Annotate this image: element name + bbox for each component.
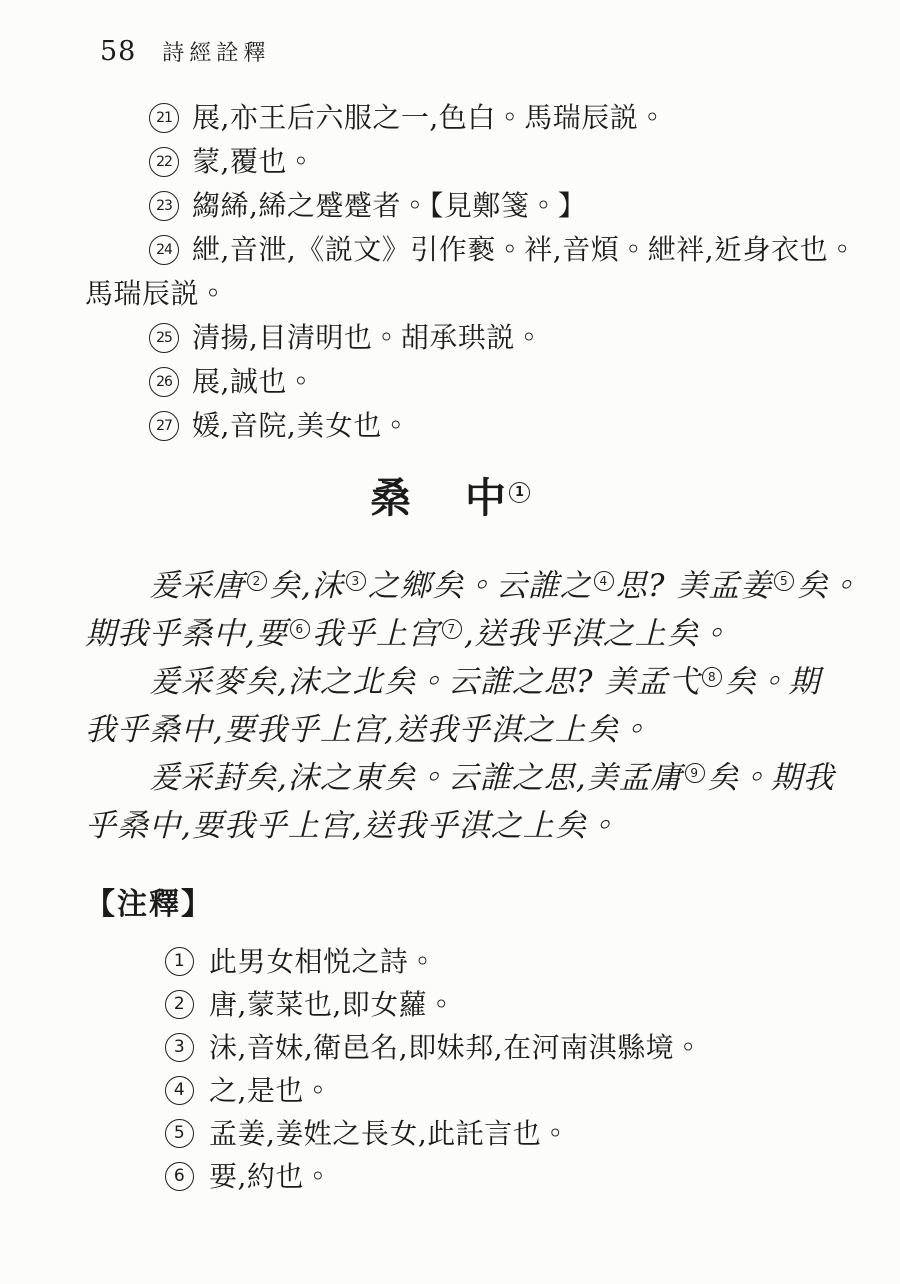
note-ref-4-icon: 4 — [594, 571, 614, 591]
annotation-item-3: 3 沬,音妹,衛邑名,即妹邦,在河南淇縣境。 — [85, 1026, 833, 1069]
note-number-21-icon: 21 — [149, 103, 179, 133]
poem-line-6: 乎桑中,要我乎上宫,送我乎淇之上矣。 — [85, 802, 833, 850]
note-item-24-continuation: 馬瑞辰説。 — [85, 272, 833, 316]
note-text: 清揚,目清明也。胡承珙説。 — [192, 316, 543, 360]
poem-text-run: 思? 美孟姜 — [616, 568, 772, 604]
note-text: 馬瑞辰説。 — [85, 272, 228, 316]
annotation-item-1: 1 此男女相悦之詩。 — [85, 940, 833, 983]
poem-line-3: 爰采麥矣,沬之北矣。云誰之思? 美孟弋8矣。期 — [85, 658, 833, 706]
annotation-item-4: 4 之,是也。 — [85, 1069, 833, 1112]
annotations-section: 【注釋】 1 此男女相悦之詩。 2 唐,蒙菜也,即女蘿。 3 沬,音妹,衛邑名,… — [85, 884, 833, 1198]
annotation-text: 孟姜,姜姓之長女,此託言也。 — [209, 1112, 570, 1155]
note-text: 展,亦王后六服之一,色白。馬瑞辰説。 — [192, 96, 667, 140]
poem-text-run: 矣。期我 — [707, 760, 835, 796]
note-number-26-icon: 26 — [149, 367, 179, 397]
poem-text-run: 之鄉矣。云誰之 — [368, 568, 592, 604]
annotation-text: 唐,蒙菜也,即女蘿。 — [209, 983, 456, 1026]
book-title: 詩經詮釋 — [162, 36, 270, 67]
note-ref-3-icon: 3 — [346, 571, 366, 591]
note-ref-1-icon: 1 — [509, 482, 530, 503]
poem-text-run: 矣,沬 — [269, 568, 344, 604]
poem-title: 桑中1 — [0, 472, 900, 524]
note-number-23-icon: 23 — [149, 191, 179, 221]
note-ref-5-icon: 5 — [774, 571, 794, 591]
poem-text-run: 矣。 — [796, 568, 860, 604]
note-item-24: 24 紲,音泄,《説文》引作褻。袢,音煩。紲袢,近身衣也。 — [85, 228, 833, 272]
note-text: 紲,音泄,《説文》引作褻。袢,音煩。紲袢,近身衣也。 — [192, 228, 857, 272]
note-item-22: 22 蒙,覆也。 — [85, 140, 833, 184]
note-ref-7-icon: 7 — [442, 619, 462, 639]
page-header: 58 詩經詮釋 — [100, 36, 270, 67]
note-ref-8-icon: 8 — [702, 667, 722, 687]
poem-title-word-1: 桑 — [370, 474, 411, 522]
note-item-27: 27 媛,音院,美女也。 — [85, 404, 833, 448]
poem-text-run: 爰采葑矣,沬之東矣。云誰之思,美孟庸 — [149, 760, 683, 796]
annotation-text: 之,是也。 — [209, 1069, 332, 1112]
annotation-item-5: 5 孟姜,姜姓之長女,此託言也。 — [85, 1112, 833, 1155]
note-text: 媛,音院,美女也。 — [192, 404, 410, 448]
scanned-book-page: 58 詩經詮釋 21 展,亦王后六服之一,色白。馬瑞辰説。 22 蒙,覆也。 2… — [0, 0, 900, 1284]
annotation-number-3-icon: 3 — [165, 1033, 194, 1062]
note-item-23: 23 縐絺,絺之蹙蹙者。【見鄭箋。】 — [85, 184, 833, 228]
poem-text-run: 矣。期 — [724, 664, 820, 700]
annotation-item-2: 2 唐,蒙菜也,即女蘿。 — [85, 983, 833, 1026]
annotation-number-2-icon: 2 — [165, 990, 194, 1019]
poem-text-run: ,送我乎淇之上矣。 — [464, 616, 731, 652]
annotation-number-5-icon: 5 — [165, 1119, 194, 1148]
poem-text-run: 乎桑中,要我乎上宫,送我乎淇之上矣。 — [85, 808, 619, 844]
note-text: 展,誠也。 — [192, 360, 315, 404]
note-ref-2-icon: 2 — [247, 571, 267, 591]
note-ref-6-icon: 6 — [290, 619, 310, 639]
poem-line-4: 我乎桑中,要我乎上宫,送我乎淇之上矣。 — [85, 706, 833, 754]
note-item-25: 25 清揚,目清明也。胡承珙説。 — [85, 316, 833, 360]
annotation-item-6: 6 要,約也。 — [85, 1155, 833, 1198]
note-number-25-icon: 25 — [149, 323, 179, 353]
annotation-number-1-icon: 1 — [165, 947, 194, 976]
poem-line-2: 期我乎桑中,要6我乎上宫7,送我乎淇之上矣。 — [85, 610, 833, 658]
annotations-header: 【注釋】 — [85, 884, 833, 926]
note-text: 縐絺,絺之蹙蹙者。【見鄭箋。】 — [192, 184, 586, 228]
poem-line-1: 爰采唐2矣,沬3之鄉矣。云誰之4思? 美孟姜5矣。 — [85, 562, 833, 610]
poem-text-run: 期我乎桑中,要 — [85, 616, 288, 652]
annotation-text: 此男女相悦之詩。 — [209, 940, 437, 983]
poem-line-5: 爰采葑矣,沬之東矣。云誰之思,美孟庸9矣。期我 — [85, 754, 833, 802]
poem-text-run: 我乎桑中,要我乎上宫,送我乎淇之上矣。 — [85, 712, 651, 748]
poem-title-word-2: 中 — [465, 474, 506, 522]
poem-text-run: 爰采唐 — [149, 568, 245, 604]
page-number: 58 — [100, 36, 136, 67]
note-number-22-icon: 22 — [149, 147, 179, 177]
annotation-number-4-icon: 4 — [165, 1076, 194, 1105]
annotation-number-6-icon: 6 — [165, 1162, 194, 1191]
note-ref-9-icon: 9 — [685, 763, 705, 783]
note-item-21: 21 展,亦王后六服之一,色白。馬瑞辰説。 — [85, 96, 833, 140]
poem-text-run: 我乎上宫 — [312, 616, 440, 652]
note-number-27-icon: 27 — [149, 411, 179, 441]
poem-body: 爰采唐2矣,沬3之鄉矣。云誰之4思? 美孟姜5矣。 期我乎桑中,要6我乎上宫7,… — [85, 562, 833, 850]
notes-top-list: 21 展,亦王后六服之一,色白。馬瑞辰説。 22 蒙,覆也。 23 縐絺,絺之蹙… — [85, 96, 833, 448]
poem-text-run: 爰采麥矣,沬之北矣。云誰之思? 美孟弋 — [149, 664, 700, 700]
annotation-text: 要,約也。 — [209, 1155, 332, 1198]
note-number-24-icon: 24 — [149, 235, 179, 265]
note-text: 蒙,覆也。 — [192, 140, 315, 184]
annotation-text: 沬,音妹,衛邑名,即妹邦,在河南淇縣境。 — [209, 1026, 703, 1069]
note-item-26: 26 展,誠也。 — [85, 360, 833, 404]
